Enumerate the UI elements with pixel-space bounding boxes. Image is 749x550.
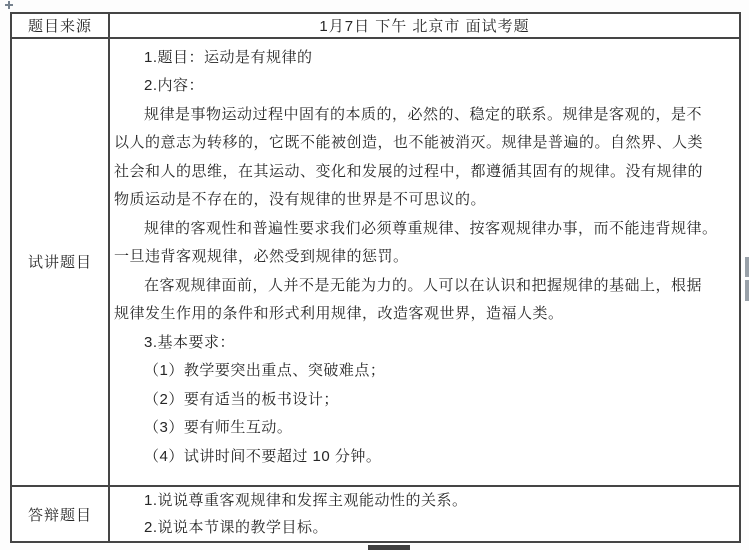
table-row-defense: 答辩题目 1.说说尊重客观规律和发挥主观能动性的关系。2.说说本节课的教学目标。: [12, 485, 739, 541]
scrollbar-thumb[interactable]: [745, 257, 749, 277]
text-line: 2.说说本节课的教学目标。: [114, 514, 733, 541]
row-header-source: 题目来源: [12, 14, 110, 37]
source-value: 1月7日 下午 北京市 面试考题: [110, 14, 739, 37]
text-line: 1.题目：运动是有规律的: [114, 44, 733, 73]
text-line: 规律是事物运动过程中固有的本质的，必然的、稳定的联系。规律是客观的，是不: [114, 101, 733, 130]
text-line: 一旦违背客观规律，必然受到规律的惩罚。: [114, 243, 733, 272]
text-line: （3）要有师生互动。: [114, 414, 733, 443]
defense-content: 1.说说尊重客观规律和发挥主观能动性的关系。2.说说本节课的教学目标。: [110, 487, 739, 541]
trial-lecture-content: 1.题目：运动是有规律的2.内容：规律是事物运动过程中固有的本质的，必然的、稳定…: [110, 39, 739, 485]
bottom-edge-fragment: [368, 545, 410, 550]
text-line: 2.内容：: [114, 72, 733, 101]
text-line: 规律发生作用的条件和形式利用规律，改造客观世界，造福人类。: [114, 300, 733, 329]
table-row-trial-lecture: 试讲题目 1.题目：运动是有规律的2.内容：规律是事物运动过程中固有的本质的，必…: [12, 37, 739, 485]
text-line: 以人的意志为转移的，它既不能被创造，也不能被消灭。规律是普遍的。自然界、人类: [114, 129, 733, 158]
row-header-trial-lecture: 试讲题目: [12, 39, 110, 485]
text-line: 物质运动是不存在的，没有规律的世界是不可思议的。: [114, 186, 733, 215]
text-line: （2）要有适当的板书设计；: [114, 386, 733, 415]
text-line: 1.说说尊重客观规律和发挥主观能动性的关系。: [114, 487, 733, 514]
exam-question-table: 题目来源 1月7日 下午 北京市 面试考题 试讲题目 1.题目：运动是有规律的2…: [10, 12, 741, 543]
document-page: 题目来源 1月7日 下午 北京市 面试考题 试讲题目 1.题目：运动是有规律的2…: [0, 0, 749, 550]
text-line: 规律的客观性和普遍性要求我们必须尊重规律、按客观规律办事，而不能违背规律。: [114, 215, 733, 244]
scrollbar-thumb[interactable]: [745, 280, 749, 301]
table-row-source: 题目来源 1月7日 下午 北京市 面试考题: [12, 14, 739, 37]
row-header-defense: 答辩题目: [12, 487, 110, 541]
object-anchor-icon: [5, 1, 13, 9]
text-line: 社会和人的思维，在其运动、变化和发展的过程中，都遵循其固有的规律。没有规律的: [114, 158, 733, 187]
text-line: 在客观规律面前，人并不是无能为力的。人可以在认识和把握规律的基础上，根据: [114, 272, 733, 301]
text-line: （4）试讲时间不要超过 10 分钟。: [114, 443, 733, 472]
text-line: （1）教学要突出重点、突破难点；: [114, 357, 733, 386]
text-line: 3.基本要求：: [114, 329, 733, 358]
